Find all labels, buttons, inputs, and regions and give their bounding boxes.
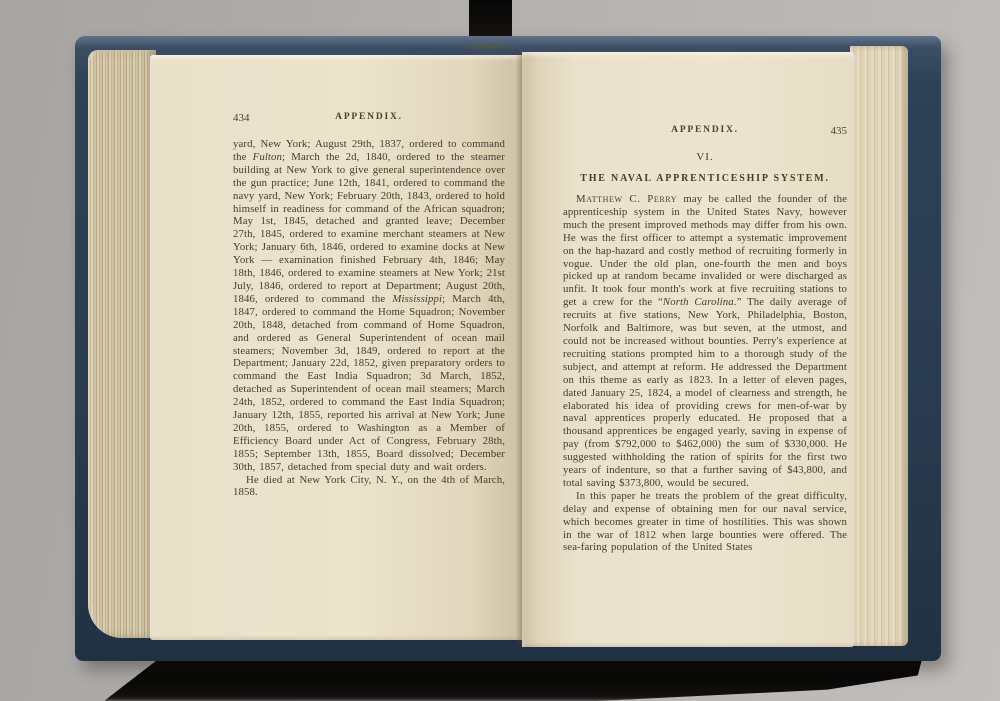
text-segment: ; March the 2d, 1840, ordered to the ste… (233, 151, 505, 305)
text-segment: ; March 4th, 1847, ordered to command th… (233, 293, 505, 473)
left-page-text-column: 434 APPENDIX. yard, New York; August 29t… (233, 112, 505, 499)
right-page-header: APPENDIX. 435 (563, 125, 847, 138)
right-running-head: APPENDIX. (563, 125, 847, 135)
left-page-header: 434 APPENDIX. (233, 112, 505, 125)
italic-text: Fulton (253, 151, 282, 163)
left-page-body: yard, New York; August 29th, 1837, order… (233, 138, 505, 499)
italic-text: Mississippi (392, 293, 442, 305)
section-title: THE NAVAL APPRENTICESHIP SYSTEM. (563, 173, 847, 184)
left-page: 434 APPENDIX. yard, New York; August 29t… (150, 55, 522, 640)
left-running-head: APPENDIX. (233, 112, 505, 122)
text-segment: may be called the founder of the apprent… (563, 193, 847, 308)
right-page-body: Matthew C. Perry may be called the found… (563, 193, 847, 554)
paragraph: He died at New York City, N. Y., on the … (233, 474, 505, 500)
right-page-number: 435 (831, 125, 848, 137)
right-page: APPENDIX. 435 VI. THE NAVAL APPRENTICESH… (522, 52, 854, 647)
right-page-text-column: APPENDIX. 435 VI. THE NAVAL APPRENTICESH… (563, 125, 847, 554)
photograph-scene: 434 APPENDIX. yard, New York; August 29t… (0, 0, 1000, 701)
text-segment: He died at New York City, N. Y., on the … (233, 474, 505, 499)
paragraph: In this paper he treats the problem of t… (563, 490, 847, 555)
text-segment: .” The daily average of recruits at five… (563, 296, 847, 489)
smallcaps-text: Matthew C. Perry (576, 193, 677, 205)
section-number: VI. (563, 151, 847, 163)
left-page-fore-edge (88, 50, 156, 638)
paragraph: yard, New York; August 29th, 1837, order… (233, 138, 505, 474)
paragraph: Matthew C. Perry may be called the found… (563, 193, 847, 490)
italic-text: North Carolina (663, 296, 734, 308)
right-page-edge-stack (850, 46, 908, 646)
text-segment: In this paper he treats the problem of t… (563, 490, 847, 554)
cover-wear-mark (455, 42, 525, 52)
